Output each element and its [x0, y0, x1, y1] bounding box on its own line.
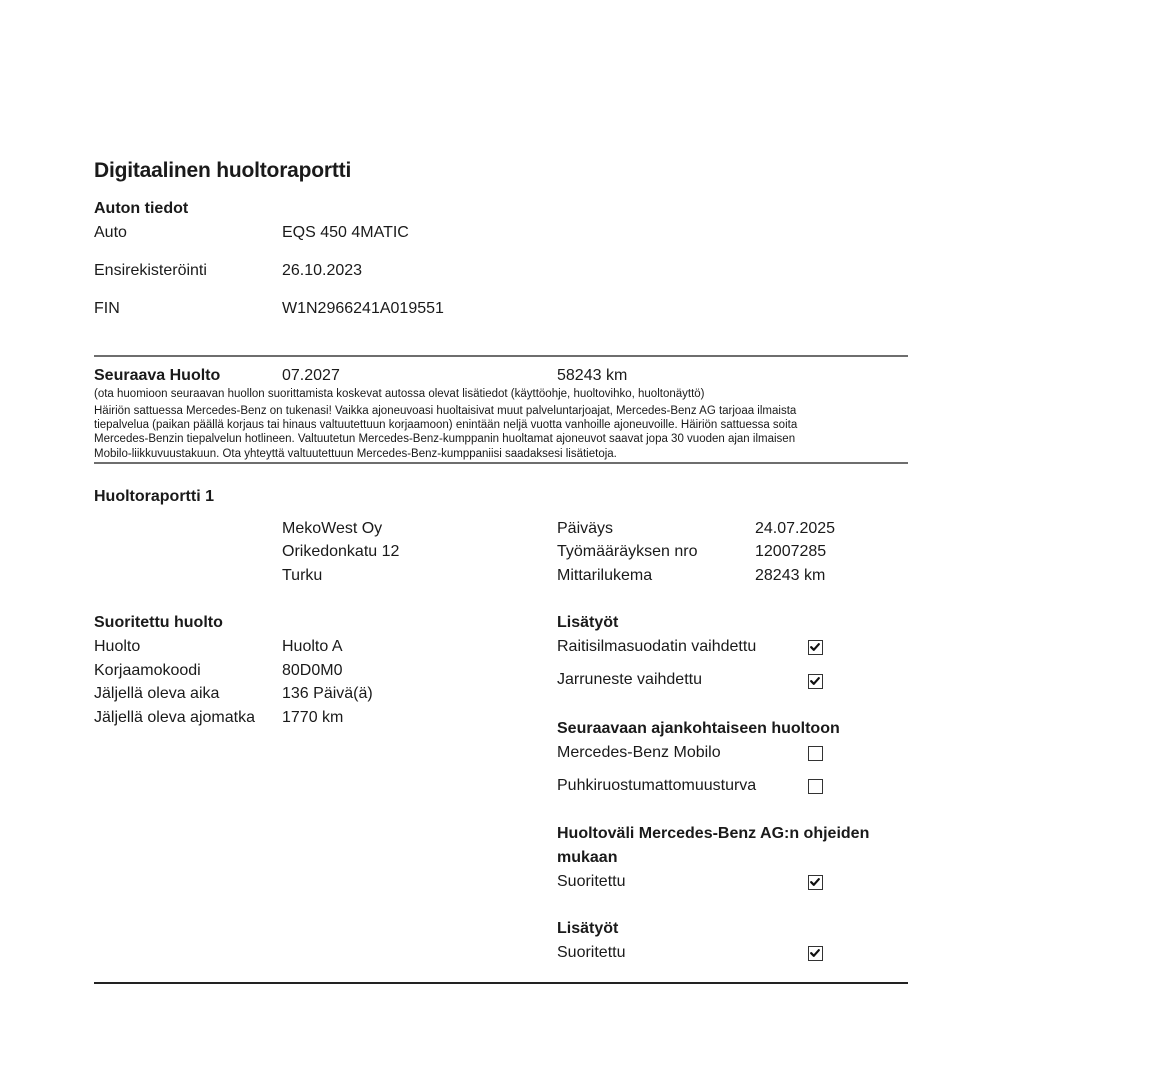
extra-work-2-heading: Lisätyöt	[557, 920, 618, 938]
workshop-code-value: 80D0M0	[282, 662, 342, 680]
cabin-filter-checkbox[interactable]	[808, 640, 823, 655]
workshop-name: MekoWest Oy	[282, 520, 382, 538]
date-value: 24.07.2025	[755, 520, 835, 538]
next-service-note: (ota huomioon seuraavan huollon suoritta…	[94, 387, 705, 402]
checkmark-icon	[810, 877, 820, 887]
brake-fluid-checkbox[interactable]	[808, 674, 823, 689]
fin-value: W1N2966241A019551	[282, 300, 444, 318]
interval-heading-line-1: Huoltoväli Mercedes-Benz AG:n ohjeiden	[557, 825, 869, 843]
car-info-heading: Auton tiedot	[94, 200, 188, 218]
checkmark-icon	[810, 642, 820, 652]
workshop-street: Orikedonkatu 12	[282, 543, 399, 561]
performed-service-heading: Suoritettu huolto	[94, 614, 223, 632]
remaining-time-value: 136 Päivä(ä)	[282, 685, 373, 703]
mobilo-checkbox[interactable]	[808, 746, 823, 761]
checkmark-icon	[810, 676, 820, 686]
workshop-code-label: Korjaamokoodi	[94, 662, 201, 680]
fin-label: FIN	[94, 300, 120, 318]
bottom-divider	[94, 982, 908, 984]
car-model-label: Auto	[94, 224, 127, 242]
checkmark-icon	[810, 948, 820, 958]
date-label: Päiväys	[557, 520, 613, 538]
next-periodic-heading: Seuraavaan ajankohtaiseen huoltoon	[557, 720, 840, 738]
extra-work-heading: Lisätyöt	[557, 614, 618, 632]
roadside-info-line-2: tiepalvelua (paikan päällä korjaus tai h…	[94, 418, 797, 433]
roadside-info-line-3: Mercedes-Benzin tiepalvelun hotlineen. V…	[94, 432, 795, 447]
workshop-city: Turku	[282, 567, 322, 585]
interval-heading-line-2: mukaan	[557, 849, 617, 867]
next-service-date: 07.2027	[282, 367, 340, 385]
odometer-value: 28243 km	[755, 567, 825, 585]
extra-work-2-done-label: Suoritettu	[557, 944, 625, 962]
rust-warranty-label: Puhkiruostumattomuusturva	[557, 777, 756, 795]
roadside-info-line-4: Mobilo-liikkuvuustakuun. Ota yhteyttä va…	[94, 447, 617, 462]
odometer-label: Mittarilukema	[557, 567, 652, 585]
next-service-mileage: 58243 km	[557, 367, 627, 385]
divider	[94, 355, 908, 357]
divider	[94, 462, 908, 464]
interval-done-checkbox[interactable]	[808, 875, 823, 890]
extra-work-2-done-checkbox[interactable]	[808, 946, 823, 961]
mobilo-label: Mercedes-Benz Mobilo	[557, 744, 721, 762]
report-heading: Huoltoraportti 1	[94, 488, 214, 506]
work-order-value: 12007285	[755, 543, 826, 561]
service-type-label: Huolto	[94, 638, 140, 656]
brake-fluid-label: Jarruneste vaihdettu	[557, 671, 702, 689]
rust-warranty-checkbox[interactable]	[808, 779, 823, 794]
remaining-distance-value: 1770 km	[282, 709, 343, 727]
document-title: Digitaalinen huoltoraportti	[94, 159, 351, 183]
remaining-time-label: Jäljellä oleva aika	[94, 685, 219, 703]
next-service-label: Seuraava Huolto	[94, 367, 220, 385]
interval-done-label: Suoritettu	[557, 873, 625, 891]
car-model-value: EQS 450 4MATIC	[282, 224, 409, 242]
service-type-value: Huolto A	[282, 638, 342, 656]
work-order-label: Työmääräyksen nro	[557, 543, 698, 561]
first-registration-label: Ensirekisteröinti	[94, 262, 207, 280]
remaining-distance-label: Jäljellä oleva ajomatka	[94, 709, 255, 727]
roadside-info-line-1: Häiriön sattuessa Mercedes-Benz on tuken…	[94, 404, 796, 419]
cabin-filter-label: Raitisilmasuodatin vaihdettu	[557, 638, 756, 656]
first-registration-value: 26.10.2023	[282, 262, 362, 280]
